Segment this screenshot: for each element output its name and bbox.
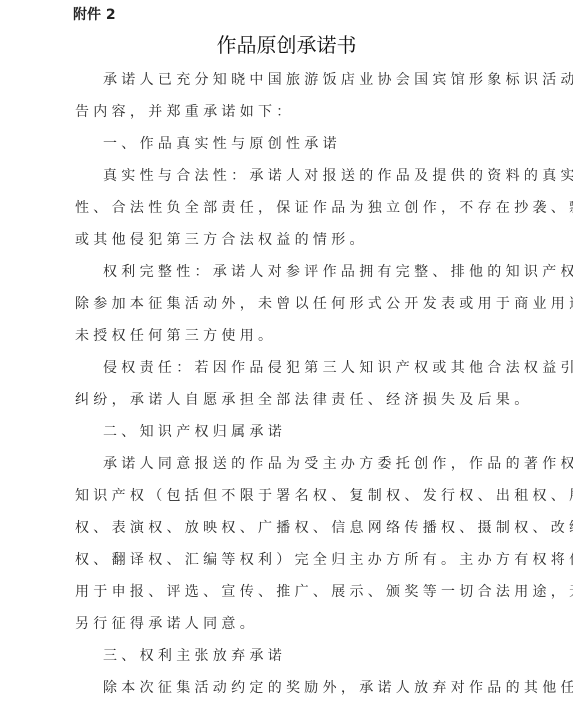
intro-paragraph: 承诺人已充分知晓中国旅游饭店业协会国宾馆形象标识活动公 告内容，并郑重承诺如下： xyxy=(75,64,495,128)
section-originality: 一、作品真实性与原创性承诺 真实性与合法性：承诺人对报送的作品及提供的资料的真实… xyxy=(75,128,495,416)
text-line: 知识产权（包括但不限于署名权、复制权、发行权、出租权、展览 xyxy=(75,480,495,512)
text-line: 未授权任何第三方使用。 xyxy=(75,320,495,352)
paragraph-authenticity: 真实性与合法性：承诺人对报送的作品及提供的资料的真实 性、合法性负全部责任，保证… xyxy=(75,160,495,256)
text-line: 承诺人已充分知晓中国旅游饭店业协会国宾馆形象标识活动公 xyxy=(75,64,495,96)
text-line: 除本次征集活动约定的奖励外，承诺人放弃对作品的其他任何 xyxy=(75,672,495,704)
text-line: 性、合法性负全部责任，保证作品为独立创作，不存在抄袭、剽窃 xyxy=(75,192,495,224)
text-line: 权、翻译权、汇编等权利）完全归主办方所有。主办方有权将作品 xyxy=(75,544,495,576)
section-heading: 三、权利主张放弃承诺 xyxy=(75,640,495,672)
text-line: 侵权责任：若因作品侵犯第三人知识产权或其他合法权益引发 xyxy=(75,352,495,384)
text-line: 告内容，并郑重承诺如下： xyxy=(75,96,495,128)
section-ip-ownership: 二、知识产权归属承诺 承诺人同意报送的作品为受主办方委托创作，作品的著作权等 知… xyxy=(75,416,495,640)
attachment-label: 附件 2 xyxy=(73,6,116,24)
text-line: 权、表演权、放映权、广播权、信息网络传播权、摄制权、改编 xyxy=(75,512,495,544)
document-title: 作品原创承诺书 xyxy=(0,32,573,58)
document-page: 附件 2 作品原创承诺书 承诺人已充分知晓中国旅游饭店业协会国宾馆形象标识活动公… xyxy=(0,0,573,711)
section-heading: 一、作品真实性与原创性承诺 xyxy=(75,128,495,160)
paragraph-waiver: 除本次征集活动约定的奖励外，承诺人放弃对作品的其他任何 xyxy=(75,672,495,704)
paragraph-ip-transfer: 承诺人同意报送的作品为受主办方委托创作，作品的著作权等 知识产权（包括但不限于署… xyxy=(75,448,495,640)
text-line: 用于申报、评选、宣传、推广、展示、颁奖等一切合法用途，无需 xyxy=(75,576,495,608)
text-line: 除参加本征集活动外，未曾以任何形式公开发表或用于商业用途， xyxy=(75,288,495,320)
section-heading: 二、知识产权归属承诺 xyxy=(75,416,495,448)
paragraph-rights-integrity: 权利完整性：承诺人对参评作品拥有完整、排他的知识产权， 除参加本征集活动外，未曾… xyxy=(75,256,495,352)
text-line: 承诺人同意报送的作品为受主办方委托创作，作品的著作权等 xyxy=(75,448,495,480)
document-body: 承诺人已充分知晓中国旅游饭店业协会国宾馆形象标识活动公 告内容，并郑重承诺如下：… xyxy=(75,64,495,704)
text-line: 或其他侵犯第三方合法权益的情形。 xyxy=(75,224,495,256)
text-line: 另行征得承诺人同意。 xyxy=(75,608,495,640)
section-waiver: 三、权利主张放弃承诺 除本次征集活动约定的奖励外，承诺人放弃对作品的其他任何 xyxy=(75,640,495,704)
paragraph-infringement-liability: 侵权责任：若因作品侵犯第三人知识产权或其他合法权益引发 纠纷，承诺人自愿承担全部… xyxy=(75,352,495,416)
text-line: 真实性与合法性：承诺人对报送的作品及提供的资料的真实 xyxy=(75,160,495,192)
text-line: 权利完整性：承诺人对参评作品拥有完整、排他的知识产权， xyxy=(75,256,495,288)
text-line: 纠纷，承诺人自愿承担全部法律责任、经济损失及后果。 xyxy=(75,384,495,416)
